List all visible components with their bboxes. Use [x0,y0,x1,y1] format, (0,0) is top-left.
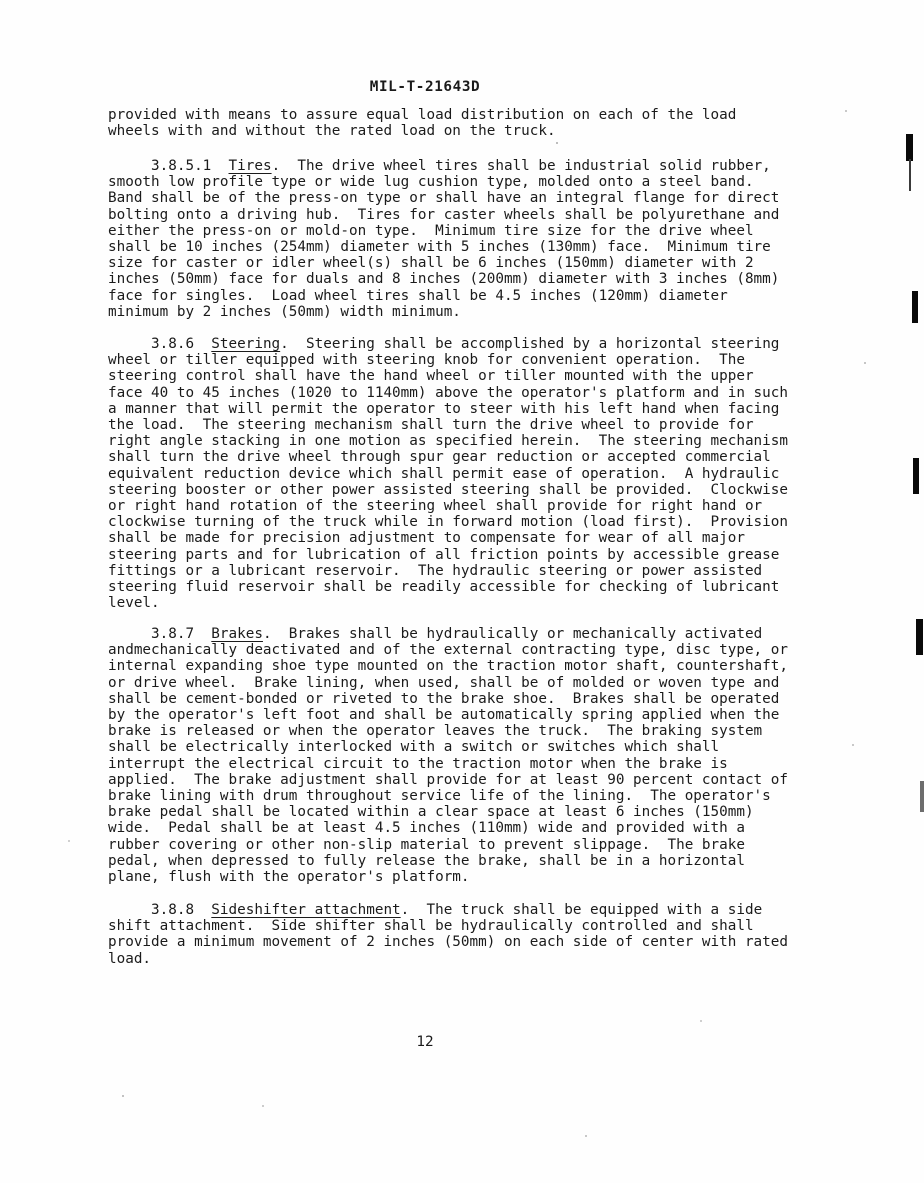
section-number: 3.8.5.1 [108,158,229,174]
revision-change-bar [913,458,919,494]
section-title: Tires [229,158,272,174]
scan-noise-speckles [0,0,2,2]
paragraph-intro-continuation: provided with means to assure equal load… [108,107,868,139]
section-title: Brakes [211,626,263,642]
paragraph-sideshifter-3-8-8: 3.8.8 Sideshifter attachment. The truck … [108,902,868,967]
section-body: . Brakes shall be hydraulically or mecha… [108,626,788,885]
paragraph-tires-3-8-5-1: 3.8.5.1 Tires. The drive wheel tires sha… [108,158,868,320]
revision-change-bar [906,134,913,161]
section-number: 3.8.7 [108,626,211,642]
revision-change-bar-faint [920,781,924,812]
section-title: Steering [211,336,280,352]
page-number: 12 [0,1034,850,1050]
section-number: 3.8.6 [108,336,211,352]
revision-change-bar [912,291,918,323]
paragraph-body: provided with means to assure equal load… [108,107,736,139]
section-title: Sideshifter attachment [211,902,400,918]
paragraph-brakes-3-8-7: 3.8.7 Brakes. Brakes shall be hydraulica… [108,626,868,885]
scanned-document-page: MIL-T-21643D provided with means to assu… [0,0,924,1183]
revision-change-bar [916,619,923,655]
section-number: 3.8.8 [108,902,211,918]
section-body: . Steering shall be accomplished by a ho… [108,336,788,611]
document-id-header: MIL-T-21643D [0,79,850,95]
revision-change-bar-tail [909,159,911,191]
section-body: . The drive wheel tires shall be industr… [108,158,779,320]
paragraph-steering-3-8-6: 3.8.6 Steering. Steering shall be accomp… [108,336,868,611]
